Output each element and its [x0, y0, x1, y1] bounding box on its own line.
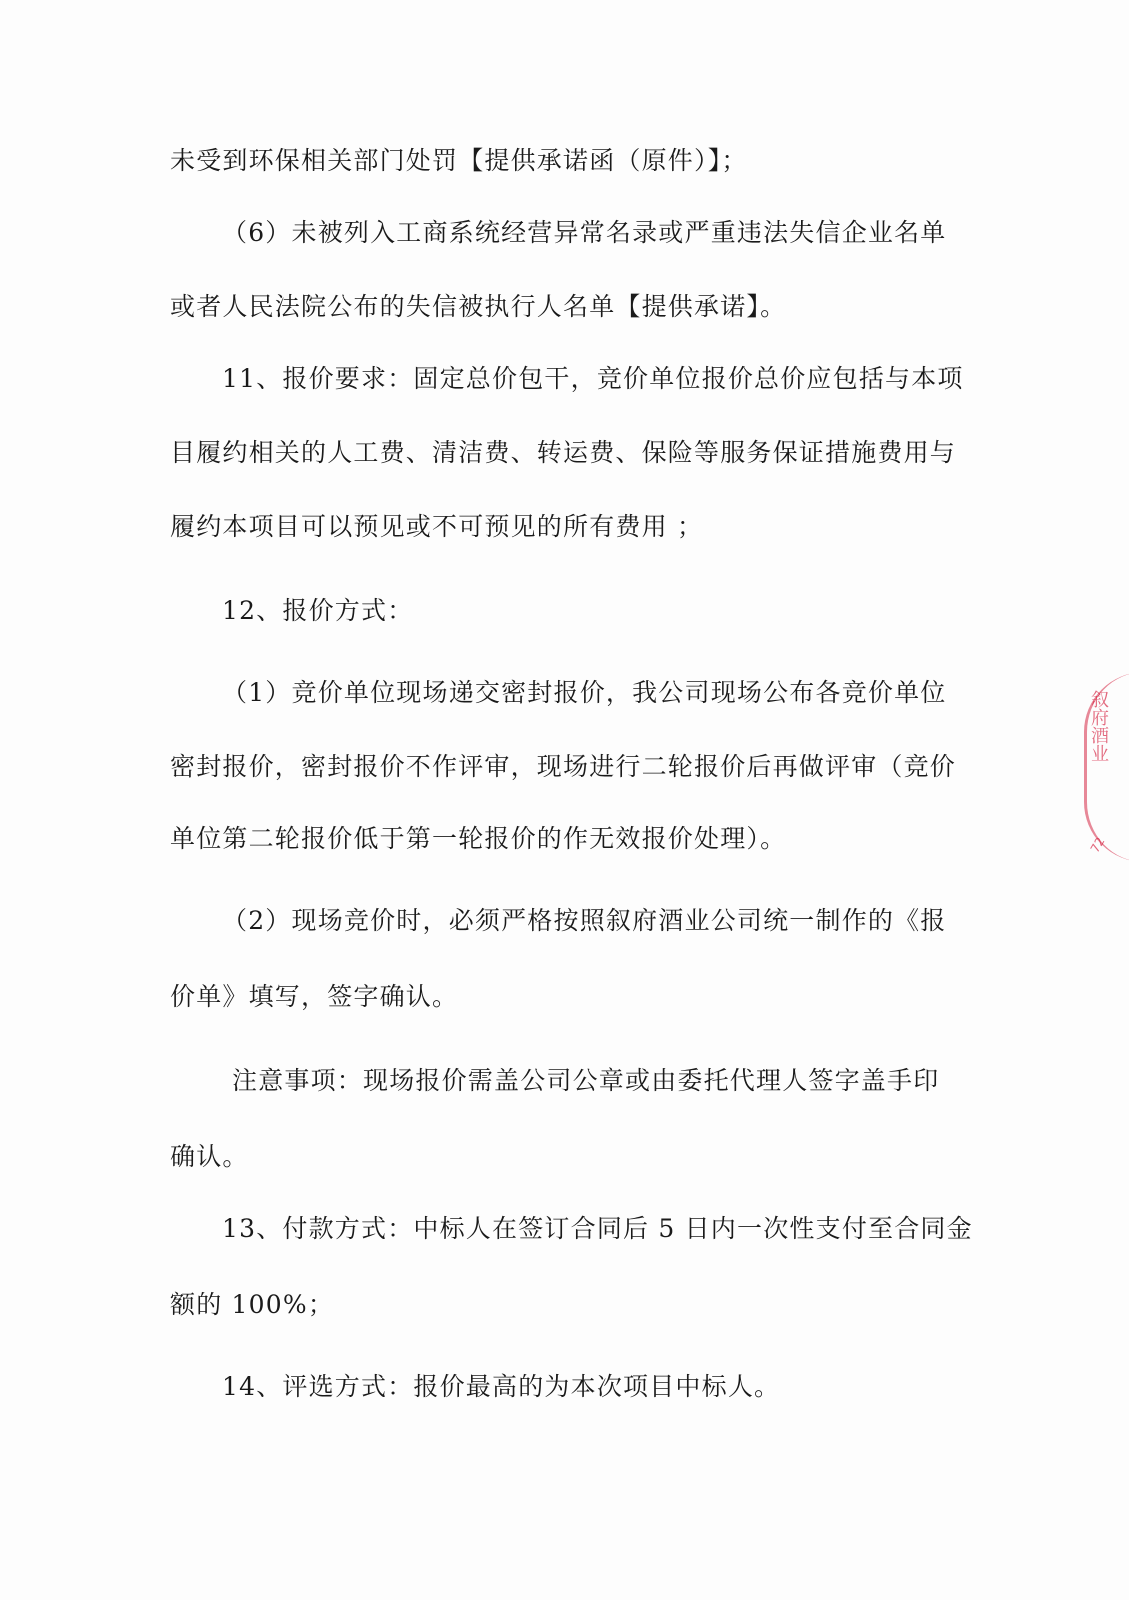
text-line: 单位第二轮报价低于第一轮报价的作无效报价处理）。 — [170, 822, 940, 856]
text-line: 13、付款方式：中标人在签订合同后 5 日内一次性支付至合同金 — [222, 1212, 992, 1246]
text-line: （1）竞价单位现场递交密封报价，我公司现场公布各竞价单位 — [222, 676, 992, 710]
document-page: 未受到环保相关部门处罚【提供承诺函（原件）】； （6）未被列入工商系统经营异常名… — [0, 0, 1129, 1600]
section-heading: 12、报价方式： — [222, 594, 992, 628]
text-line: 履约本项目可以预见或不可预见的所有费用 ； — [170, 510, 940, 544]
text-line: （6）未被列入工商系统经营异常名录或严重违法失信企业名单 — [222, 216, 992, 250]
text-line: 未受到环保相关部门处罚【提供承诺函（原件）】； — [170, 144, 940, 178]
text-line: 或者人民法院公布的失信被执行人名单【提供承诺】。 — [170, 290, 940, 324]
text-line: 14、评选方式：报价最高的为本次项目中标人。 — [222, 1370, 992, 1404]
text-line: 目履约相关的人工费、清洁费、转运费、保险等服务保证措施费用与 — [170, 436, 940, 470]
text-line: 密封报价，密封报价不作评审，现场进行二轮报价后再做评审（竞价 — [170, 750, 940, 784]
note-line: 注意事项：现场报价需盖公司公章或由委托代理人签字盖手印 — [232, 1064, 1002, 1098]
seal-stamp-text: 叙府酒业 — [1090, 690, 1110, 762]
text-line: 确认。 — [170, 1140, 940, 1174]
text-line: 价单》填写，签字确认。 — [170, 980, 940, 1014]
text-line: 11、报价要求：固定总价包干，竞价单位报价总价应包括与本项 — [222, 362, 992, 396]
text-line: （2）现场竞价时，必须严格按照叙府酒业公司统一制作的《报 — [222, 904, 992, 938]
text-line: 额的 100%； — [170, 1288, 940, 1322]
